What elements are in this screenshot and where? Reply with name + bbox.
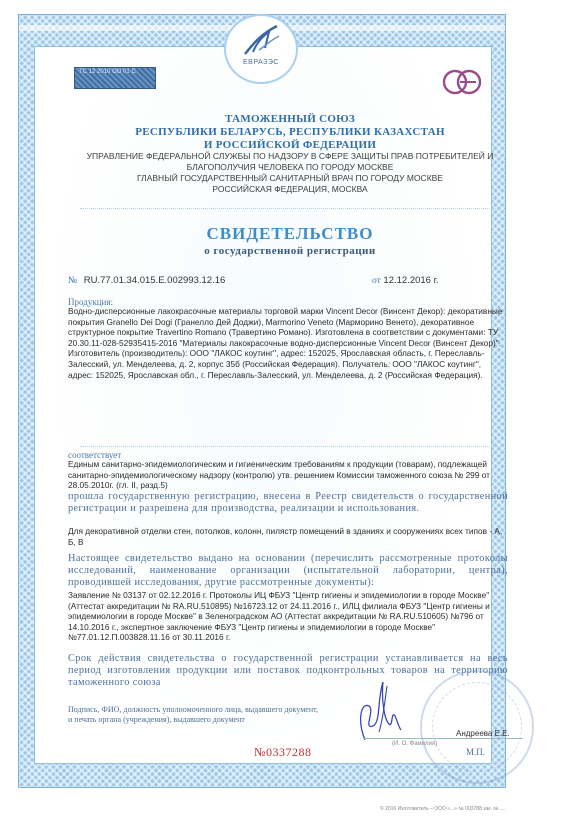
signature-line: [363, 738, 523, 739]
agency-line-4: РОССИЙСКАЯ ФЕДЕРАЦИЯ, МОСКВА: [55, 184, 525, 195]
certificate-number-row: № RU.77.01.34.015.Е.002993.12.16 от 12.1…: [68, 275, 508, 286]
se-conformity-mark-icon: [442, 68, 484, 96]
agency-line-3: ГЛАВНЫЙ ГОСУДАРСТВЕННЫЙ САНИТАРНЫЙ ВРАЧ …: [55, 173, 525, 184]
signer-name: Андреева Е.Е.: [456, 729, 510, 738]
divider: [80, 208, 500, 209]
signature-caption: Подпись, ФИО, должность уполномоченного …: [68, 705, 318, 725]
certificate-date: 12.12.2016 г.: [383, 275, 438, 286]
security-stamp: ТС 12 2010 ОО 01 С: [74, 67, 156, 89]
basis-label: Настоящее свидетельство выдано на основа…: [68, 553, 508, 589]
product-description: Водно-дисперсионные лакокрасочные матери…: [68, 306, 508, 380]
number-prefix: №: [68, 276, 77, 286]
certificate-number: RU.77.01.34.015.Е.002993.12.16: [84, 275, 226, 286]
divider: [80, 446, 500, 447]
agency-line-2: БЛАГОПОЛУЧИЯ ЧЕЛОВЕКА ПО ГОРОДУ МОСКВЕ: [55, 162, 525, 173]
issuing-agency: УПРАВЛЕНИЕ ФЕДЕРАЛЬНОЙ СЛУЖБЫ ПО НАДЗОРУ…: [55, 151, 525, 195]
stamp-placeholder-label: М.П.: [466, 747, 485, 757]
union-line-1: ТАМОЖЕННЫЙ СОЮЗ: [70, 113, 510, 126]
serial-number: №0337288: [254, 745, 311, 760]
conformity-text: Единым санитарно-эпидемиологическим и ги…: [68, 459, 508, 491]
basis-documents: Заявление № 03137 от 02.12.2016 г. Прото…: [68, 590, 508, 643]
customs-union-heading: ТАМОЖЕННЫЙ СОЮЗ РЕСПУБЛИКИ БЕЛАРУСЬ, РЕС…: [70, 113, 510, 152]
emblem-label: ЕВРАЗЭС: [226, 59, 296, 66]
official-seal: [420, 670, 534, 784]
eurasec-emblem: ЕВРАЗЭС: [224, 14, 298, 84]
security-stamp-text: ТС 12 2010 ОО 01 С: [75, 68, 155, 76]
signature-underline-caption: (И. О. Фамилия): [392, 741, 437, 747]
certificate-subtitle: о государственной регистрации: [90, 245, 490, 257]
union-line-2: РЕСПУБЛИКИ БЕЛАРУСЬ, РЕСПУБЛИКИ КАЗАХСТА…: [70, 126, 510, 139]
printer-footer: © 2016 Изготовитель – ООО «...» № 003788…: [380, 806, 506, 812]
registration-statement: прошла государственную регистрацию, внес…: [68, 491, 508, 515]
certificate-title: СВИДЕТЕЛЬСТВО: [90, 224, 490, 244]
eurasec-logo-icon: [239, 22, 283, 58]
date-prefix: от: [372, 276, 381, 286]
certificate-date-group: от 12.12.2016 г.: [372, 275, 439, 286]
agency-line-1: УПРАВЛЕНИЕ ФЕДЕРАЛЬНОЙ СЛУЖБЫ ПО НАДЗОРУ…: [55, 151, 525, 162]
usage-scope: Для декоративной отделки стен, потолков,…: [68, 526, 508, 547]
handwritten-signature-icon: [355, 680, 405, 742]
